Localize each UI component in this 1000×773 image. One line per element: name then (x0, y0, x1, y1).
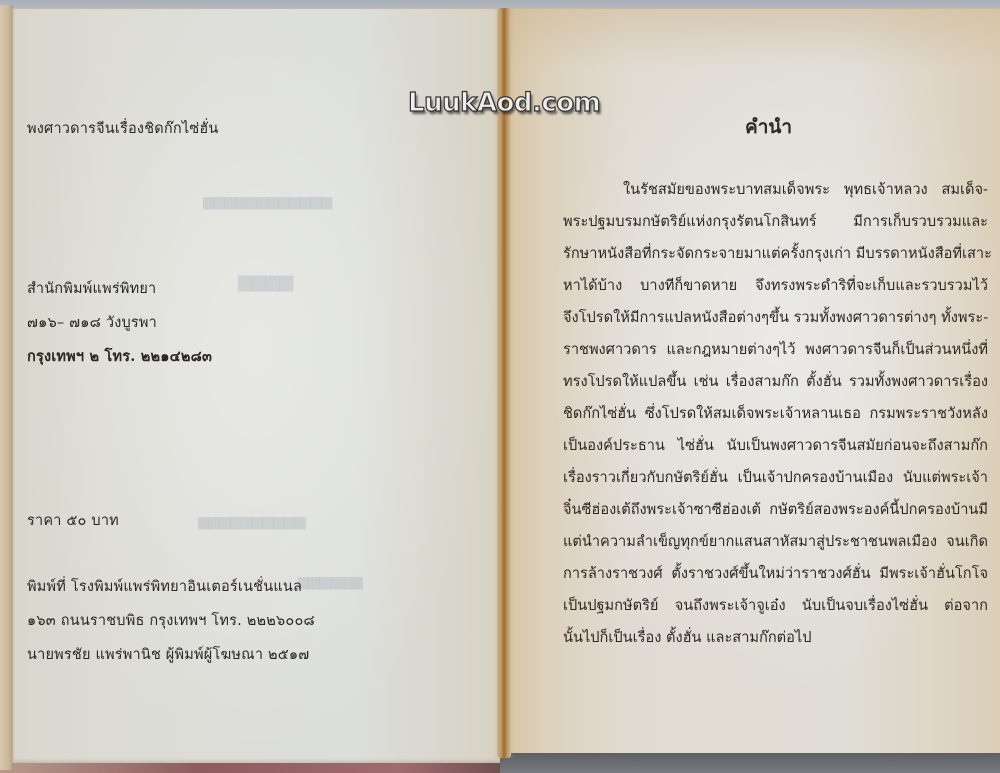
printer-publisher: นายพรชัย แพร่พานิช ผู้พิมพ์ผู้โฆษณา ๒๕๑๗ (27, 643, 309, 666)
price: ราคา ๕๐ บาท (27, 509, 119, 532)
bleed-through-text: ▆▆▆▆▆▆▆▆▆▆ (198, 514, 306, 530)
left-page: ▆▆▆▆▆▆▆▆▆▆▆▆ ▆▆▆▆ ▆▆▆▆▆▆▆▆▆▆ ▆▆▆▆▆▆ พงศา… (12, 8, 500, 763)
book-spine (497, 8, 511, 758)
preface-line: การล้างราชวงศ์ ตั้งราชวงศ์ขึ้นใหม่ว่าราช… (563, 562, 988, 585)
preface-line: เรื่องราวเกี่ยวกับกษัตริย์ฮั่น เป็นเจ้าป… (563, 466, 988, 489)
publisher-name: สำนักพิมพ์แพร่พิทยา (27, 277, 156, 300)
preface-line: เป็นปฐมกษัตริย์ จนถึงพระเจ้าจูเอ๋ง นับเป… (563, 594, 988, 617)
preface-line: หาได้บ้าง บางทีก็ขาดหาย จึงทรงพระดำริที่… (563, 274, 988, 297)
bleed-through-text: ▆▆▆▆ (238, 271, 293, 292)
publisher-address: ๗๑๖– ๗๑๘ วังบูรพา (27, 311, 157, 334)
preface-line: เป็นองค์ประธาน ไซ่ฮั่น นับเป็นพงศาวดารจี… (563, 434, 988, 457)
bleed-through-text: ▆▆▆▆▆▆▆▆▆▆▆▆ (203, 194, 332, 210)
preface-line: จิ๋นซีฮ่องเต้ถึงพระเจ้าซาซีฮ่องเต้ กษัตร… (563, 498, 988, 521)
preface-heading: คำนำ (745, 112, 792, 142)
preface-line: ในรัชสมัยของพระบาทสมเด็จพระ พุทธเจ้าหลวง… (623, 178, 988, 201)
preface-line: ราชพงศาวดาร และกฎหมายต่างๆไว้ พงศาวดารจี… (563, 338, 988, 361)
preface-line: แต่นำความลำเข็ญทุกข์ยากแสนสาหัสมาสู่ประช… (563, 530, 988, 553)
printer-address: ๑๖๓ ถนนราชบพิธ กรุงเทพฯ โทร. ๒๒๒๖๐๐๘ (27, 609, 315, 632)
bleed-through-text: ▆▆▆▆▆▆ (298, 574, 363, 590)
preface-line: ชิดก๊กไซ่ฮั่น ซึ่งโปรดให้สมเด็จพระเจ้าหล… (563, 402, 988, 425)
background-bottom (500, 752, 1000, 773)
preface-line: จึงโปรดให้มีการแปลหนังสือต่างๆขึ้น รวมทั… (563, 306, 988, 329)
printer-line: พิมพ์ที่ โรงพิมพ์แพร่พิทยาอินเตอร์เนชั่น… (27, 575, 302, 598)
preface-line: ทรงโปรดให้แปลขึ้น เช่น เรื่องสามก๊ก ตั้ง… (563, 370, 988, 393)
preface-line: นั้นไปก็เป็นเรื่อง ตั้งฮั่น และสามก๊กต่อ… (563, 626, 988, 649)
preface-line: พระปฐมบรมกษัตริย์แห่งกรุงรัตนโกสินทร์ มี… (563, 210, 988, 233)
preface-line: รักษาหนังสือที่กระจัดกระจายมาแต่ครั้งกรุ… (563, 242, 988, 265)
watermark-logo: LuukAod.com (408, 88, 600, 118)
book-title: พงศาวดารจีนเรื่องชิดก๊กไซ่ฮั่น (27, 117, 219, 140)
publisher-city-phone: กรุงเทพฯ ๒ โทร. ๒๒๑๔๒๘๓ (27, 345, 212, 368)
